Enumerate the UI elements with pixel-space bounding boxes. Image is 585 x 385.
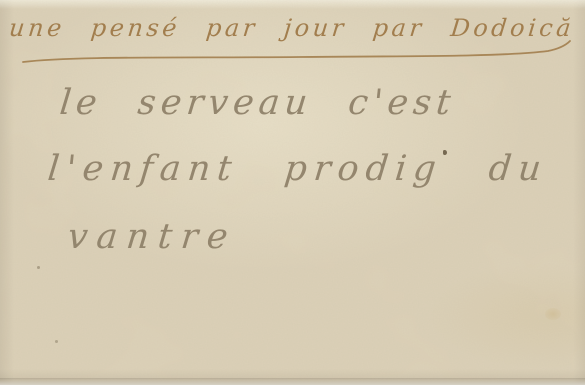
paper-stain — [545, 308, 561, 320]
note-body-line: vantre — [66, 220, 238, 255]
note-body-line: le serveau c'est — [58, 86, 457, 121]
note-body-line: l'enfant prodig du — [46, 152, 550, 187]
paper-speck — [55, 340, 58, 343]
paper-background — [0, 0, 585, 385]
paper-speck — [443, 150, 447, 155]
paper-speck — [37, 266, 40, 269]
note-card: une pensé par jour par Dodoică le servea… — [0, 0, 585, 385]
paper-bottom-edge — [0, 378, 585, 385]
note-header-text: une pensé par jour par Dodoică — [8, 16, 575, 40]
